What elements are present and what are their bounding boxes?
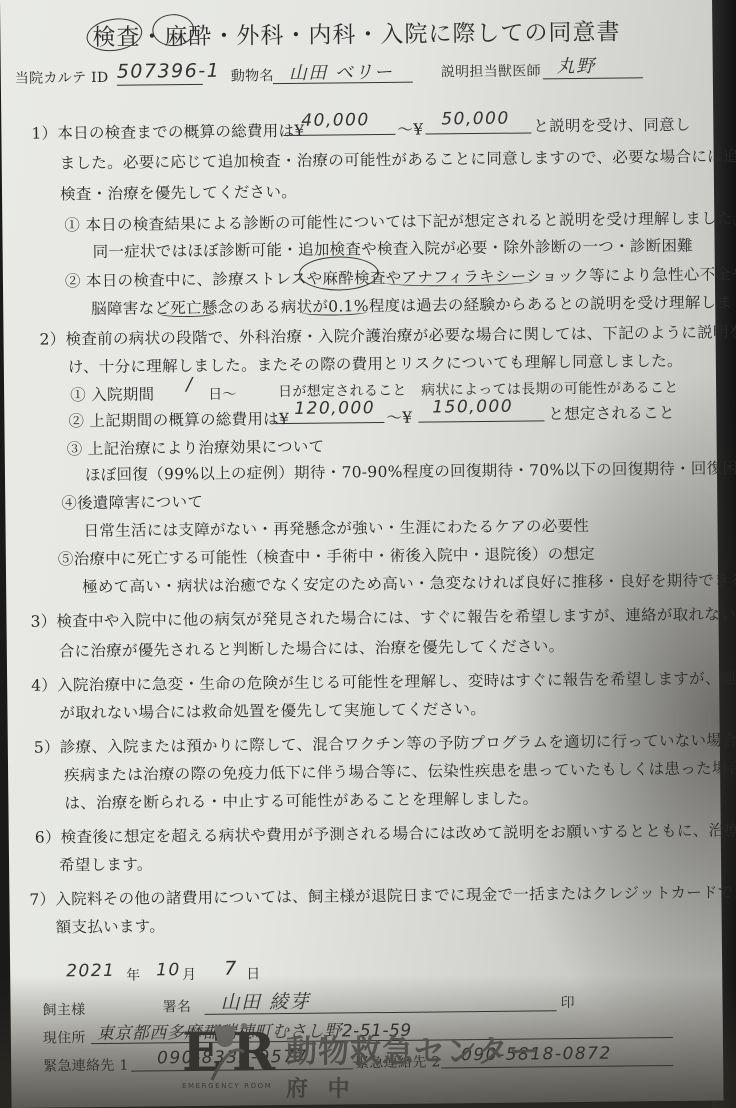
treatment-cost-max: 150,000 [432,397,513,418]
hospital-stay-min-days: / [186,374,194,395]
animal-name-label: 動物名 [231,65,274,85]
section6-line2: 希望します。 [59,852,153,875]
date-month-unit: 月 [182,964,197,984]
clinic-branch: 府 中 [286,1072,356,1103]
tilde-yen: ～¥ [397,118,423,140]
vet-underline [543,77,643,79]
section4-line1: 4）入院治療中に急変・生命の危険が生じる可能性を理解し、変時はすぐに報告を希望し… [31,666,736,696]
section1-line1-prefix: 1）本日の検査までの概算の総費用は¥ [31,119,304,144]
date-month: 10 [156,960,181,980]
section2-line1: 2）検査前の病状の段階で、外科治療・入院介護治療が必要な場合に関しては、下記のよ… [39,320,736,350]
treatment-cost-min-underline [274,422,384,424]
section2-item4-options: 日常生活には支障がない・再発懸念が強い・生涯にわたるケアの必要性 [83,514,589,541]
section2-item3-options: ほぼ回復（99%以上の症例）期待・70-90%程度の回復期待・70%以下の回復期… [85,456,736,485]
owner-signature: 山田 綾芽 [220,987,310,1015]
section1-line3: 検査・治療を優先してください。 [60,180,297,204]
contact1-label: 緊急連絡先 1 [43,1055,129,1076]
consent-form-paper: 検査・麻酔・外科・内科・入院に際しての同意書 当院カルテ ID 507396-1… [0,0,724,1108]
exam-cost-min-underline [283,134,395,136]
section7-line2: 額支払います。 [56,914,166,937]
signature-label: 署名 [162,996,191,1016]
mortar-icon [210,1022,250,1082]
logo-subtitle: EMERGENCY ROOM [182,1082,272,1090]
vet-value: 丸野 [557,52,596,78]
date-day-unit: 日 [246,963,261,983]
section2-item5-options: 極めて高い・病状は治癒でなく安定のため高い・急変なければ良好に推移・良好を期待で… [82,568,736,597]
section5-line3: は、治療を断られる・中止する可能性があることを理解しました。 [64,786,538,813]
owner-label: 飼主様 [42,999,85,1019]
section1-line2: ました。必要に応じて追加検査・治療の可能性があることに同意しますので、必要な場合… [60,144,736,173]
chart-id-underline [117,84,203,86]
treatment-cost-max-underline [418,420,544,422]
animal-name-value: 山田 ベリー [289,58,394,85]
exam-cost-min: 40,000 [301,110,370,131]
section2-line2: け、十分に理解しました。またその際の費用とリスクについても理解し同意しました。 [68,349,683,377]
clinic-name: 動物救急センター [286,1026,541,1071]
section1-item2-line1: ② 本日の検査中に、診療ストレスや麻酔検査やアナフィラキシーショック等により急性… [65,262,736,291]
date-year-unit: 年 [126,965,141,985]
section4-line2: が取れない場合には救命処置を優先して実施してください。 [59,697,486,723]
treatment-cost-suffix: と想定されること [548,401,675,424]
section5-line2: 疾病または治療の際の免疫力低下に伴う場合等に、伝染性疾患を患っていたもしくは患っ… [64,756,736,785]
section7-line1: 7）入院料その他の諸費用については、飼主様が退院日までに現金で一括またはクレジッ… [29,880,736,910]
section2-item5: ⑤治療中に死亡する可能性（検査中・手術中・術後入院中・退院後）の想定 [58,542,595,570]
treatment-cost-prefix: ② 上記期間の概算の総費用は¥ [68,407,289,431]
section3-line1: 3）検査中や入院中に他の病気が発見された場合には、すぐに報告を希望しますが、連絡… [30,602,736,632]
exam-cost-max-underline [425,132,531,134]
hospital-stay-day-unit: 日～ [208,384,237,404]
clinic-logo: E R EMERGENCY ROOM [182,1018,282,1098]
treatment-cost-min: 120,000 [294,398,375,419]
chart-id-value: 507396-1 [117,60,221,83]
hospital-stay-label: ① 入院期間 [70,382,154,405]
chart-id-label: 当院カルテ ID [15,67,109,88]
treatment-cost-tilde: ～¥ [386,406,412,428]
section3-line2: 合に治療が優先されると判断した場合には、治療を優先してください。 [59,634,565,661]
section1-line1-suffix: と説明を受け、同意し [533,113,691,137]
section5-line1: 5）診療、入院または預かりに際して、混合ワクチン等の予防プログラムを適切に行って… [34,728,736,758]
section2-item3: ③ 上記治療により治療効果について [67,435,325,460]
date-year: 2021 [66,961,115,982]
section1-item1: ① 本日の検査結果による診断の可能性については下記が想定されると説明を受け理解し… [64,206,736,235]
date-day: 7 [224,958,238,980]
section2-item4: ④後遺障害について [61,490,203,513]
seal-label: 印 [560,992,575,1012]
exam-cost-max: 50,000 [441,109,510,130]
vet-label: 説明担当獣医師 [441,60,541,81]
section6-line1: 6）検査後に想定を超える病状や費用が予測される場合には改めて説明をお願いするとと… [35,818,736,848]
address-label: 現住所 [43,1027,86,1047]
section1-item1-options: 同一症状ではほぼ診断可能・追加検査や検査入院が必要・除外診断の一つ・診断困難 [93,234,694,262]
